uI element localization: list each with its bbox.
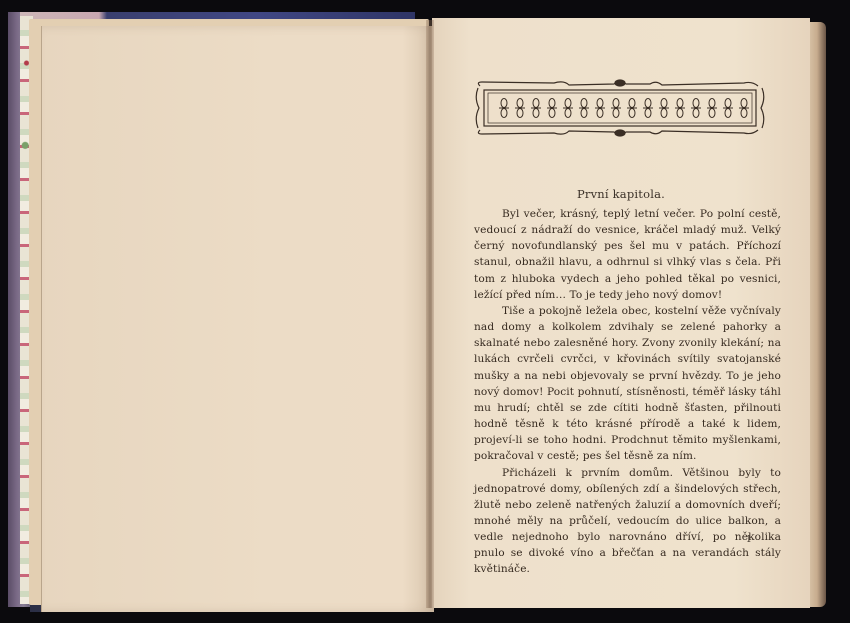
book-gutter: [426, 20, 434, 608]
paragraph: Byl večer, krásný, teplý letní večer. Po…: [474, 206, 781, 303]
page-number: 1: [746, 535, 752, 545]
chapter-title: První kapitola.: [432, 187, 810, 201]
right-page-edges: [808, 22, 826, 607]
paragraph: Tiše a pokojně ležela obec, kostelní věž…: [474, 303, 781, 465]
chapter-body-text: Byl večer, krásný, teplý letní večer. Po…: [474, 206, 781, 578]
left-page: [41, 26, 434, 612]
paragraph: Přicházeli k prvním domům. Většinou byly…: [474, 465, 781, 578]
ornament-header-border: [474, 78, 766, 138]
